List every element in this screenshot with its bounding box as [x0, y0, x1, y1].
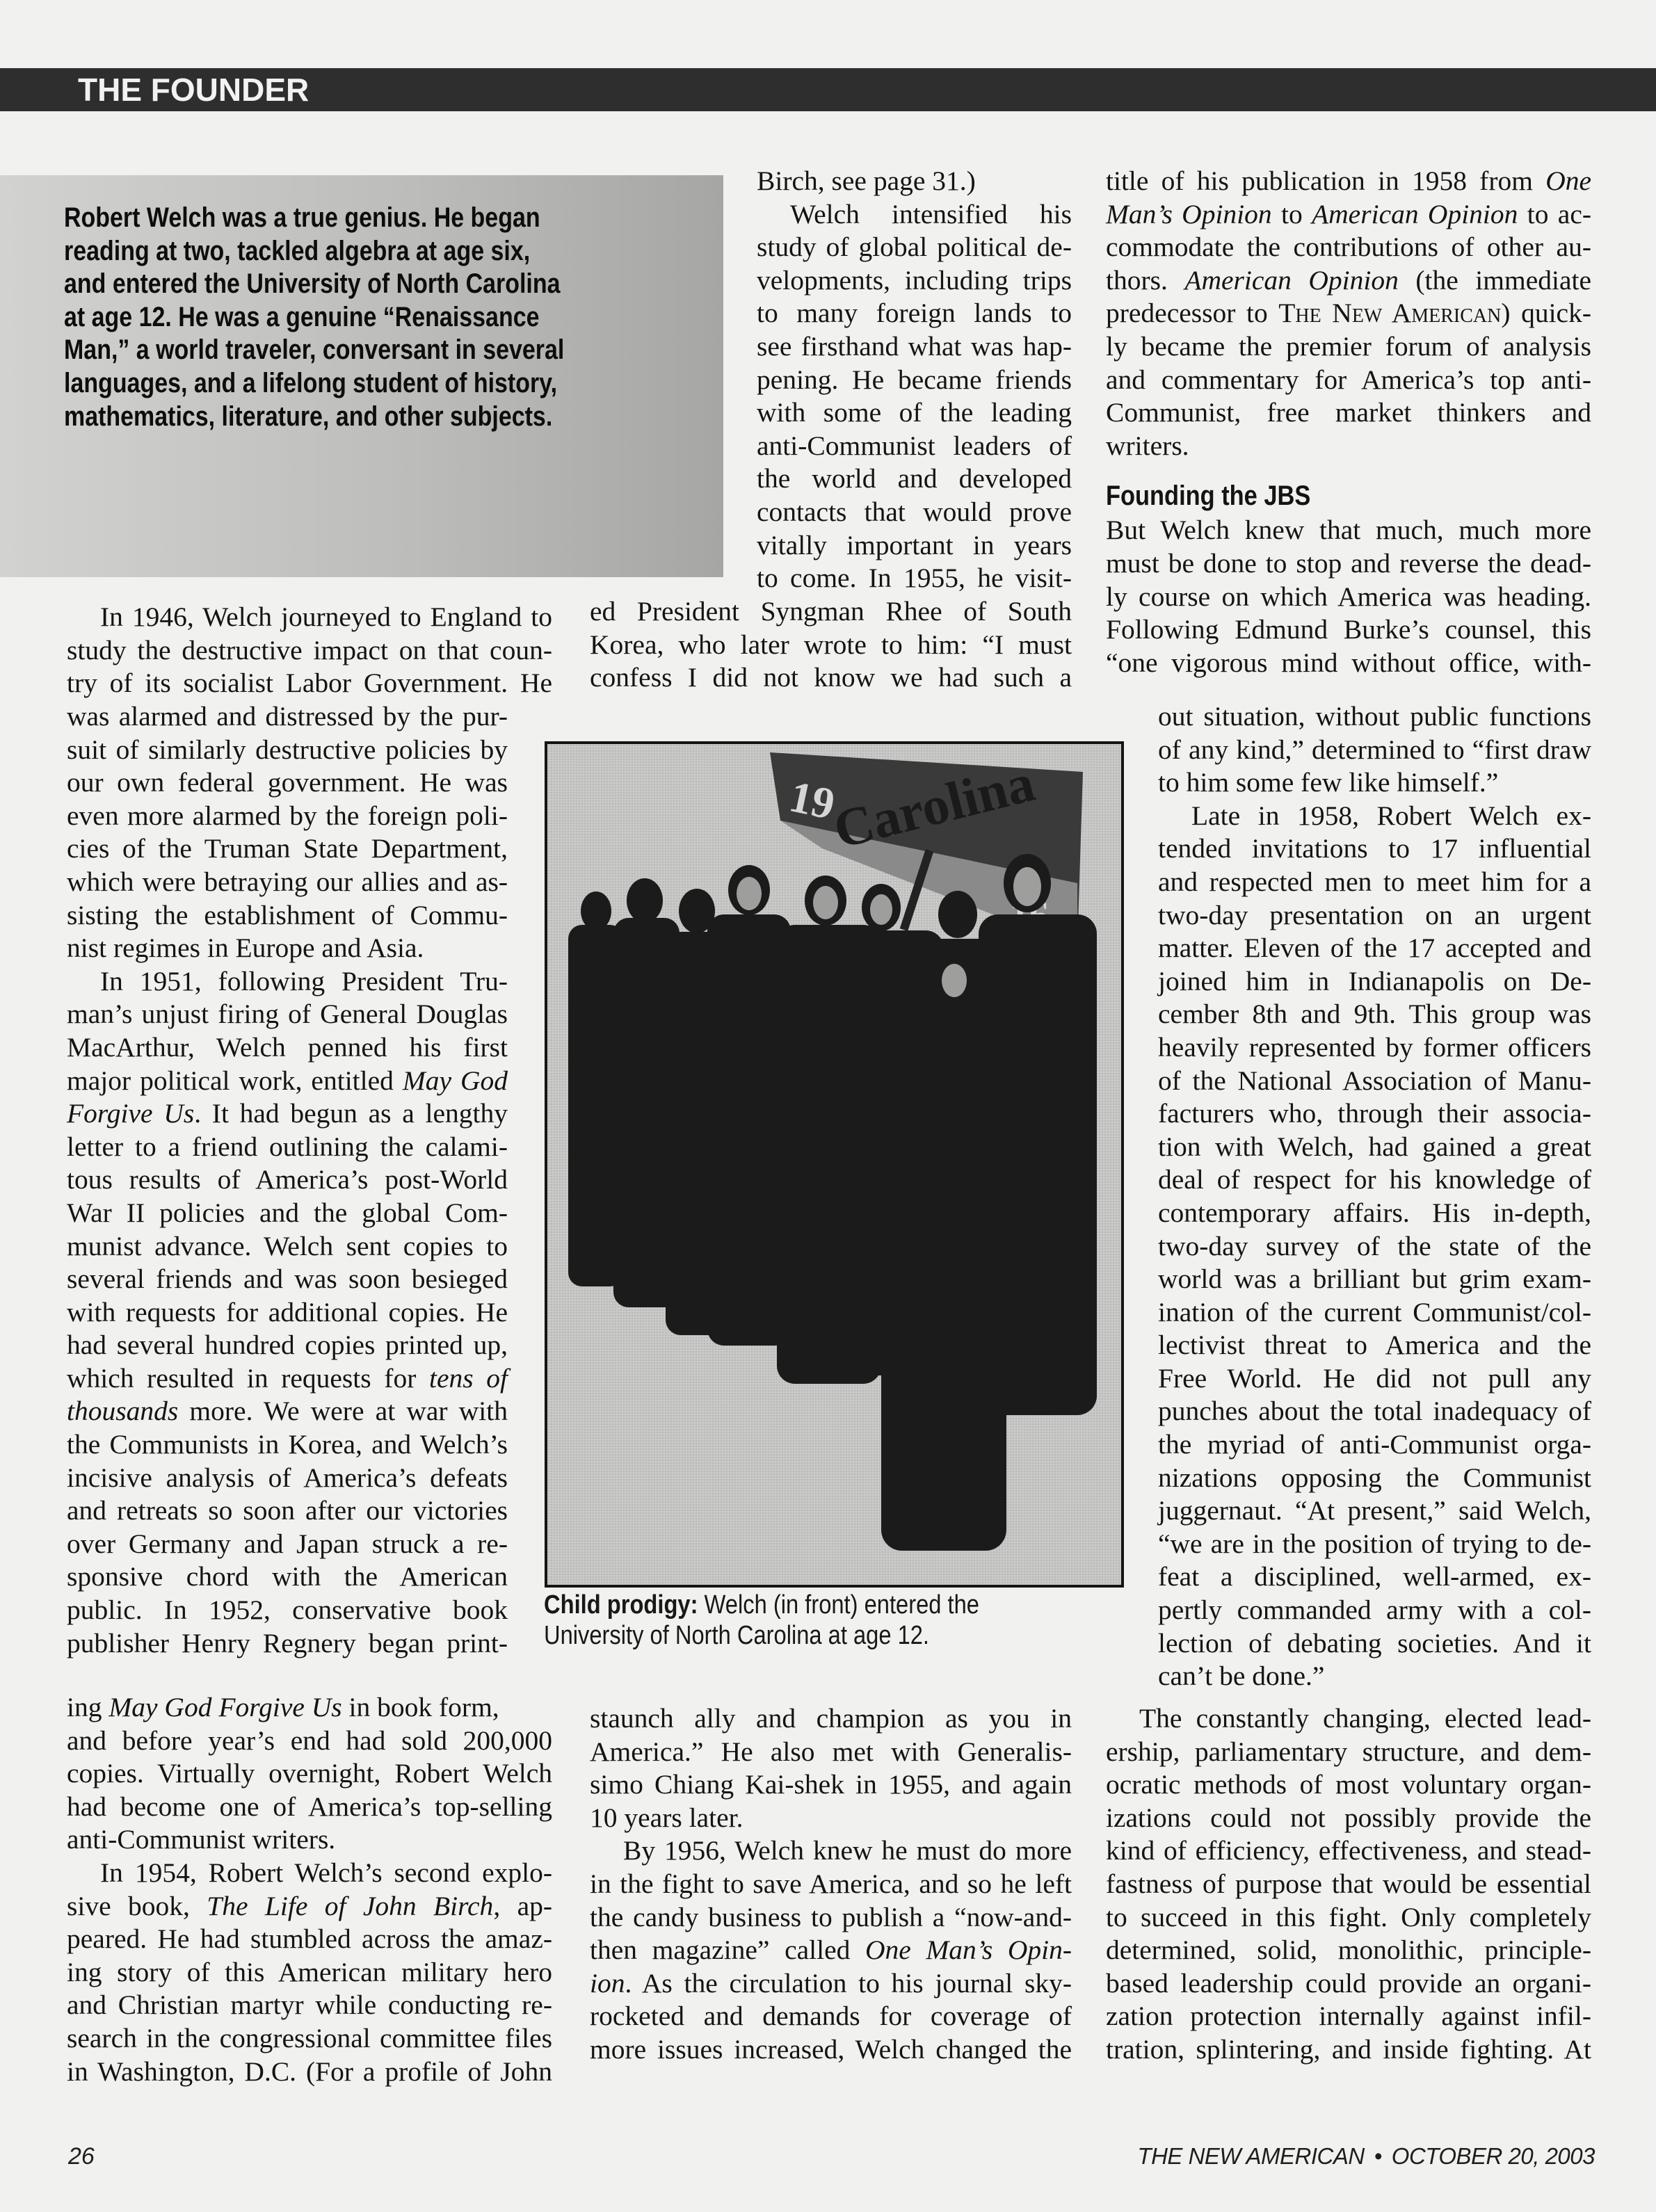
pullquote-line: and entered the University of North Caro… — [64, 268, 710, 301]
body-line: was alarmed and distressed by the pur- — [67, 700, 508, 734]
body-line: commodate the contributions of other au- — [1106, 231, 1591, 264]
body-line: peared. He had stumbled across the amaz- — [67, 1923, 552, 1956]
body-line: to come. In 1955, he visit- — [757, 562, 1072, 595]
body-line: ly course on which America was heading. — [1106, 581, 1591, 614]
body-line: over Germany and Japan struck a re- — [67, 1528, 508, 1561]
historical-photo: 19 Carolina 16 — [545, 741, 1124, 1588]
body-line: and respected men to meet him for a — [1158, 866, 1591, 899]
pullquote-line: at age 12. He was a genuine “Renaissance — [64, 301, 710, 334]
body-line: can’t be done.” — [1158, 1660, 1591, 1693]
body-line: America.” He also met with Generalis- — [590, 1736, 1072, 1769]
body-line: out situation, without public functions — [1158, 700, 1591, 734]
body-line: Welch intensified his — [757, 198, 1072, 232]
body-line: velopments, including trips — [757, 264, 1072, 298]
body-line: Forgive Us. It had begun as a lengthy — [67, 1097, 508, 1131]
body-line: tous results of America’s post-World — [67, 1163, 508, 1197]
publication-title: One Man’s Opin- — [865, 1935, 1072, 1965]
body-line: heavily represented by former officers — [1158, 1031, 1591, 1065]
column-2-bottom: staunch ally and champion as you in Amer… — [590, 1702, 1072, 2067]
body-line: Communist, free market thinkers and — [1106, 396, 1591, 430]
body-line: determined, solid, monolithic, principle… — [1106, 1934, 1591, 1967]
body-line: major political work, entitled May God — [67, 1065, 508, 1098]
body-line: copies. Virtually overnight, Robert Welc… — [67, 1757, 552, 1791]
column-1-bottom: ing May God Forgive Us in book form, and… — [67, 1691, 552, 2088]
body-line: Free World. He did not pull any — [1158, 1362, 1591, 1396]
body-line: By 1956, Welch knew he must do more — [590, 1834, 1072, 1868]
body-line: tion with Welch, had gained a great — [1158, 1131, 1591, 1164]
body-line: had become one of America’s top-selling — [67, 1791, 552, 1824]
body-line: to succeed in this fight. Only completel… — [1106, 1901, 1591, 1935]
column-1-narrow: was alarmed and distressed by the pur- s… — [67, 700, 508, 1660]
pullquote-line: reading at two, tackled algebra at age s… — [64, 235, 710, 268]
body-line: izations could not possibly provide the — [1106, 1802, 1591, 1835]
body-line: feat a disciplined, well-armed, ex- — [1158, 1560, 1591, 1594]
column-3-bottom: The constantly changing, elected lead- e… — [1106, 1702, 1591, 2067]
issue-date: OCTOBER 20, 2003 — [1392, 2143, 1595, 2169]
pullquote-line: mathematics, literature, and other subje… — [64, 401, 710, 434]
body-line: world was a brilliant but grim exam- — [1158, 1263, 1591, 1296]
body-line: zation protection internally against inf… — [1106, 2000, 1591, 2033]
body-line: and commentary for America’s top anti- — [1106, 364, 1591, 397]
publication-name: The New American — [1278, 298, 1501, 328]
body-line: cember 8th and 9th. This group was — [1158, 998, 1591, 1031]
body-line: vitally important in years — [757, 529, 1072, 563]
pullquote-line: languages, and a lifelong student of his… — [64, 367, 710, 401]
body-line: with requests for additional copies. He — [67, 1296, 508, 1330]
body-line: public. In 1952, conservative book — [67, 1594, 508, 1627]
body-line: search in the congressional committee fi… — [67, 2022, 552, 2056]
body-line: the myriad of anti-Communist orga- — [1158, 1428, 1591, 1462]
footer-publication: THE NEW AMERICAN•OCTOBER 20, 2003 — [1137, 2143, 1595, 2170]
body-line: ing May God Forgive Us in book form, — [67, 1691, 552, 1725]
body-line: Late in 1958, Robert Welch ex- — [1158, 800, 1591, 833]
body-line: study of global political de- — [757, 231, 1072, 264]
body-line: which resulted in requests for tens of — [67, 1362, 508, 1396]
body-line: more issues increased, Welch changed the — [590, 2033, 1072, 2067]
body-line: tration, splintering, and inside fightin… — [1106, 2033, 1591, 2067]
body-line: with some of the leading — [757, 396, 1072, 430]
body-line: In 1946, Welch journeyed to England to — [67, 601, 552, 634]
body-line: Following Edmund Burke’s counsel, this — [1106, 613, 1591, 647]
column-2-top: Birch, see page 31.) Welch intensified h… — [757, 165, 1072, 595]
body-line: lection of debating societies. And it — [1158, 1627, 1591, 1661]
body-line: see firsthand what was hap- — [757, 330, 1072, 364]
body-line: of any kind,” determined to “first draw — [1158, 734, 1591, 767]
subheading: Founding the JBS — [1106, 478, 1523, 514]
body-line: In 1954, Robert Welch’s second explo- — [67, 1857, 552, 1890]
body-line: incisive analysis of America’s defeats — [67, 1462, 508, 1495]
book-title: Forgive Us — [67, 1098, 194, 1129]
body-line: “we are in the position of trying to de- — [1158, 1528, 1591, 1561]
body-line: two-day survey of the state of the — [1158, 1230, 1591, 1264]
column-1-top: In 1946, Welch journeyed to England to s… — [67, 601, 552, 700]
body-line: and retreats so soon after our victories — [67, 1494, 508, 1528]
body-line: nizations opposing the Communist — [1158, 1462, 1591, 1495]
body-line: juggernaut. “At present,” said Welch, — [1158, 1494, 1591, 1528]
body-line: contacts that would prove — [757, 496, 1072, 529]
body-line: kind of efficiency, effectiveness, and s… — [1106, 1834, 1591, 1868]
photo-marching-students-image: 19 Carolina 16 — [547, 744, 1121, 1585]
body-line: But Welch knew that much, much more — [1106, 514, 1591, 547]
page-number: 26 — [68, 2143, 95, 2170]
pullquote-line: Man,” a world traveler, conversant in se… — [64, 334, 710, 367]
body-line: letter to a friend outlining the calami- — [67, 1131, 508, 1164]
bullet-separator: • — [1365, 2143, 1392, 2169]
body-line: sisting the establishment of Commu- — [67, 899, 508, 933]
body-line: 10 years later. — [590, 1802, 1072, 1835]
book-title: May God Forgive Us — [108, 1692, 341, 1722]
column-3-top: title of his publication in 1958 from On… — [1106, 165, 1591, 679]
body-line: even more alarmed by the foreign poli- — [67, 800, 508, 833]
body-line: simo Chiang Kai-shek in 1955, and again — [590, 1768, 1072, 1802]
body-line: then magazine” called One Man’s Opin- — [590, 1934, 1072, 1967]
body-line: to him some few like himself.” — [1158, 766, 1591, 800]
body-line: sponsive chord with the American — [67, 1560, 508, 1594]
body-line: several friends and was soon besieged — [67, 1263, 508, 1296]
body-line: In 1951, following President Tru- — [67, 965, 508, 999]
column-2-mid: ed President Syngman Rhee of South Korea… — [590, 595, 1072, 695]
body-line: ion. As the circulation to his journal s… — [590, 1967, 1072, 2001]
body-line: ly became the premier forum of analysis — [1106, 330, 1591, 364]
body-line: study the destructive impact on that cou… — [67, 634, 552, 668]
body-line: the world and developed — [757, 462, 1072, 496]
body-line: in the fight to save America, and so he … — [590, 1868, 1072, 1901]
body-line: our own federal government. He was — [67, 766, 508, 800]
body-line: facturers who, through their associa- — [1158, 1097, 1591, 1131]
body-line: thors. American Opinion (the immediate — [1106, 264, 1591, 298]
section-title: THE FOUNDER — [78, 70, 309, 110]
body-line: matter. Eleven of the 17 accepted and — [1158, 932, 1591, 965]
body-line: The constantly changing, elected lead- — [1106, 1702, 1591, 1736]
body-line: Korea, who later wrote to him: “I must — [590, 629, 1072, 662]
body-line: writers. — [1106, 430, 1591, 463]
body-line: publisher Henry Regnery began print- — [67, 1627, 508, 1661]
body-line: try of its socialist Labor Government. H… — [67, 667, 552, 700]
body-line: anti-Communist leaders of — [757, 430, 1072, 463]
body-line: War II policies and the global Com- — [67, 1197, 508, 1230]
body-line: staunch ally and champion as you in — [590, 1702, 1072, 1736]
pullquote-line: Robert Welch was a true genius. He began — [64, 202, 710, 235]
body-line: and Christian martyr while conducting re… — [67, 1989, 552, 2022]
body-line: pening. He became friends — [757, 364, 1072, 397]
body-line: MacArthur, Welch penned his first — [67, 1031, 508, 1065]
book-title: The Life of John Birch — [207, 1891, 493, 1921]
body-line: confess I did not know we had such a — [590, 661, 1072, 695]
body-line: the Communists in Korea, and Welch’s — [67, 1428, 508, 1462]
body-line: anti-Communist writers. — [67, 1823, 552, 1857]
body-line: Man’s Opinion to American Opinion to ac- — [1106, 198, 1591, 232]
column-3-narrow: out situation, without public functions … — [1158, 700, 1591, 1693]
body-line: lectivist threat to America and the — [1158, 1329, 1591, 1362]
body-line: man’s unjust firing of General Douglas — [67, 998, 508, 1031]
body-line: pertly commanded army with a col- — [1158, 1594, 1591, 1627]
body-line: deal of respect for his knowledge of — [1158, 1163, 1591, 1197]
body-line: joined him in Indianapolis on De- — [1158, 965, 1591, 999]
body-line: based leadership could provide an organi… — [1106, 1967, 1591, 2001]
body-line: tended invitations to 17 influential — [1158, 832, 1591, 866]
body-line: Birch, see page 31.) — [757, 165, 1072, 198]
body-line: ocratic methods of most voluntary organ- — [1106, 1768, 1591, 1802]
body-line: which were betraying our allies and as- — [67, 866, 508, 899]
body-line: title of his publication in 1958 from On… — [1106, 165, 1591, 198]
body-line: the candy business to publish a “now-and… — [590, 1901, 1072, 1935]
publication-name: THE NEW AMERICAN — [1137, 2143, 1364, 2169]
body-line: fastness of purpose that would be essent… — [1106, 1868, 1591, 1901]
body-line: “one vigorous mind without office, with- — [1106, 647, 1591, 680]
body-line: munist advance. Welch sent copies to — [67, 1230, 508, 1264]
body-line: predecessor to The New American) quick- — [1106, 297, 1591, 330]
book-title: May God — [403, 1065, 508, 1096]
body-line: to many foreign lands to — [757, 297, 1072, 330]
body-line: ership, parliamentary structure, and dem… — [1106, 1736, 1591, 1769]
body-line: nist regimes in Europe and Asia. — [67, 932, 508, 965]
body-line: ination of the current Communist/col- — [1158, 1296, 1591, 1330]
body-line: had several hundred copies printed up, — [67, 1329, 508, 1362]
body-line: and before year’s end had sold 200,000 — [67, 1725, 552, 1758]
body-line: ing story of this American military hero — [67, 1956, 552, 1989]
body-line: of the National Association of Manu- — [1158, 1065, 1591, 1098]
body-line: thousands more. We were at war with — [67, 1395, 508, 1428]
body-line: suit of similarly destructive policies b… — [67, 734, 508, 767]
body-line: sive book, The Life of John Birch, ap- — [67, 1890, 552, 1923]
body-line: in Washington, D.C. (For a profile of Jo… — [67, 2056, 552, 2089]
body-line: two-day presentation on an urgent — [1158, 899, 1591, 933]
body-line: ed President Syngman Rhee of South — [590, 595, 1072, 629]
body-line: must be done to stop and reverse the dea… — [1106, 547, 1591, 581]
caption-label: Child prodigy: — [544, 1590, 698, 1620]
body-line: punches about the total inadequacy of — [1158, 1395, 1591, 1428]
photo-caption: Child prodigy: Welch (in front) entered … — [544, 1590, 1059, 1651]
pullquote: Robert Welch was a true genius. He began… — [64, 202, 710, 433]
body-line: contemporary affairs. His in-depth, — [1158, 1197, 1591, 1230]
body-line: rocketed and demands for coverage of — [590, 2000, 1072, 2033]
body-line: cies of the Truman State Department, — [67, 832, 508, 866]
